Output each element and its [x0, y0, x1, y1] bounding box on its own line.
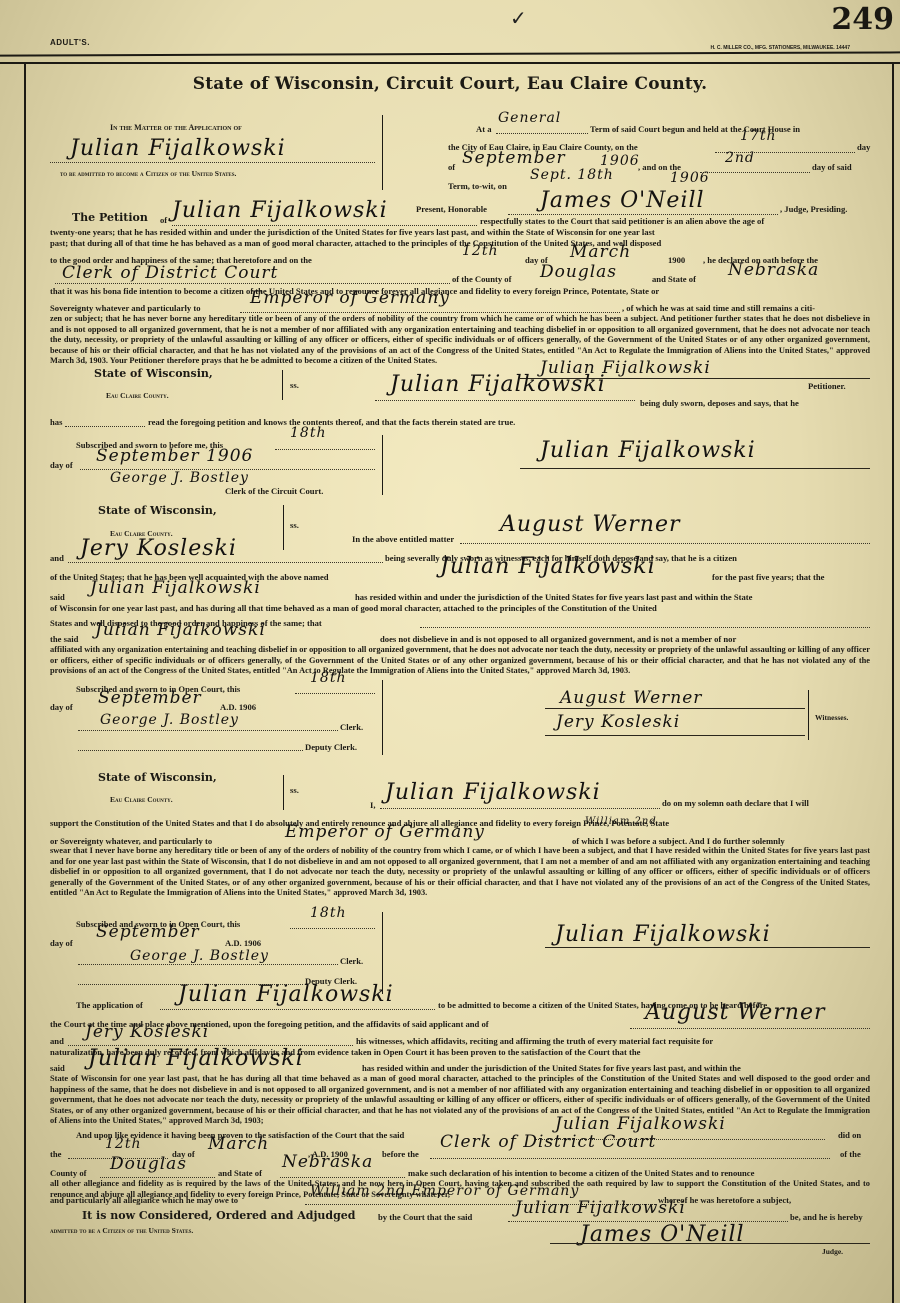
petitioner-name: Julian Fijalkowski [172, 198, 388, 223]
order-final-name: Julian Fijalkowski [515, 1198, 686, 1218]
right-border [892, 62, 894, 1303]
verification-month-year: September 1906 [96, 446, 253, 466]
clerk-signature: George J. Bostley [110, 470, 249, 486]
witness-2-name: Jery Kosleski [80, 536, 237, 561]
petition-body: zen or subject; that he has never borne … [50, 314, 870, 367]
order-sovereign: William 2nd Emperor of Germany [310, 1183, 579, 1199]
declaration-state: Nebraska [728, 260, 819, 280]
left-border [24, 62, 26, 1303]
declared-before: Clerk of District Court [62, 263, 278, 283]
order-said-name: Julian Fijalkowski [88, 1046, 304, 1071]
oath-sovereign: Emperor of Germany [285, 822, 485, 842]
declaration-month: March [570, 242, 631, 262]
order-witness-1: August Werner [645, 1000, 826, 1025]
verification-day: 18th [290, 425, 326, 441]
term-month: September [462, 148, 566, 168]
document-title: State of Wisconsin, Circuit Court, Eau C… [0, 74, 900, 94]
verification-state: State of Wisconsin, [94, 368, 213, 380]
term-day-of-term: 2nd [725, 150, 755, 166]
oath-sovereign-note: William 2nd [585, 816, 657, 827]
order-evidence-name: Julian Fijalkowski [555, 1114, 726, 1134]
declaration-county: Douglas [540, 262, 617, 282]
order-body: State of Wisconsin for one year last pas… [50, 1074, 870, 1127]
check-mark-icon: ✓ [510, 6, 527, 30]
towit-date: Sept. 18th [530, 167, 614, 183]
matter-caption: In the Matter of the Application of [110, 122, 242, 134]
petition-label: The Petition [72, 212, 148, 224]
judge-name: James O'Neill [540, 188, 705, 213]
page-number: 249 [831, 2, 894, 37]
oath-signature: Julian Fijalkowski [555, 922, 771, 947]
order-applicant: Julian Fijalkowski [178, 982, 394, 1007]
term-type: General [498, 110, 561, 126]
witness-1-signature: August Werner [560, 688, 702, 708]
oath-body: swear that I never have borne any heredi… [50, 846, 870, 899]
order-witness-2: Jery Kosleski [85, 1022, 209, 1042]
considered-heading: It is now Considered, Ordered and Adjudg… [82, 1210, 356, 1222]
applicant-name: Julian Fijalkowski [70, 136, 286, 161]
affiant-name: Julian Fijalkowski [390, 372, 606, 397]
witness-body: affiliated with any organization enterta… [50, 645, 870, 677]
declaration-day: 12th [462, 243, 498, 259]
top-rule [0, 51, 900, 56]
top-rule-2 [0, 62, 900, 64]
printer-imprint: H. C. MILLER CO., MFG. STATIONERS, MILWA… [710, 45, 850, 51]
term-day: 17th [740, 128, 776, 144]
order-declared-before: Clerk of District Court [440, 1132, 656, 1152]
witness-1-name: August Werner [500, 512, 681, 537]
petition-sovereign: Emperor of Germany [250, 288, 450, 308]
admit-text: to be admitted to become a Citizen of th… [60, 168, 236, 180]
witness-2-signature: Jery Kosleski [556, 712, 680, 732]
witness-state: State of Wisconsin, [98, 505, 217, 517]
oath-state: State of Wisconsin, [98, 772, 217, 784]
oath-name: Julian Fijalkowski [385, 780, 601, 805]
verification-signature: Julian Fijalkowski [540, 438, 756, 463]
witness-acquainted-name: Julian Fijalkowski [440, 554, 656, 579]
form-label: ADULT'S. [50, 38, 90, 47]
